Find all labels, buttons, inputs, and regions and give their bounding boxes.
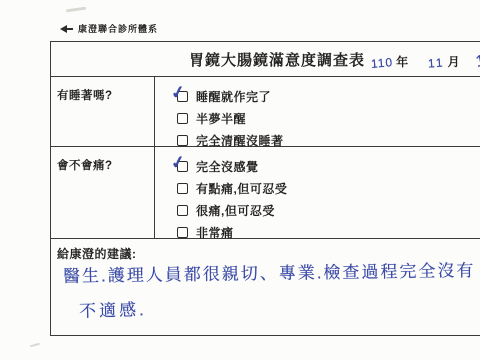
handwritten-comment-line2: 不適感. (79, 295, 147, 322)
option-label: 睡醒就作完了 (196, 88, 271, 105)
checkbox: ✓ (177, 113, 188, 124)
clinic-name: 康澄聯合診所體系 (78, 22, 158, 35)
option-line: ✓ 睡醒就作完了 (177, 85, 480, 107)
question-cell: 會不會痛? (51, 147, 155, 238)
question-label-sleep: 有睡著嗎? (57, 90, 113, 102)
checkbox: ✓ (177, 227, 188, 238)
handwritten-month: 11 (428, 55, 445, 70)
option-label: 有點痛,但可忍受 (196, 180, 287, 197)
form-title-row: 胃鏡大腸鏡滿意度調查表 110 年 11 月 15 (51, 42, 480, 77)
option-label: 非常痛 (196, 224, 234, 241)
scan-smudge-bottom-left (30, 343, 40, 348)
pen-checkmark-icon: ✓ (169, 81, 187, 103)
option-label: 很痛,但可忍受 (196, 202, 275, 219)
options-cell: ✓ 完全沒感覺 ✓ 有點痛,但可忍受 ✓ 很痛,但可忍受 (155, 147, 480, 238)
option-line: ✓ 完全清醒沒睡著 (177, 129, 480, 151)
handwritten-date: 110 年 11 月 15 (365, 52, 480, 70)
option-label: 完全清醒沒睡著 (196, 132, 284, 149)
handwritten-year: 110 (370, 55, 393, 71)
question-cell: 有睡著嗎? (51, 77, 155, 146)
year-label: 年 (396, 53, 408, 70)
arrow-logo-icon (60, 25, 73, 33)
handwritten-comment-line1: 醫生.護理人員都很親切、專業.檢查過程完全沒有 (63, 256, 476, 287)
month-label: 月 (448, 53, 460, 70)
checkbox: ✓ (177, 205, 188, 216)
checkbox: ✓ (177, 161, 188, 172)
question-label-pain: 會不會痛? (57, 160, 113, 172)
form-title: 胃鏡大腸鏡滿意度調查表 (189, 49, 365, 70)
scan-smudge-top-left (66, 7, 86, 13)
checkbox: ✓ (177, 91, 188, 102)
question-row-sleep: 有睡著嗎? ✓ 睡醒就作完了 ✓ 半夢半醒 ✓ (51, 77, 480, 147)
option-label: 半夢半醒 (196, 110, 246, 127)
handwritten-day: 15 (474, 50, 480, 72)
suggestion-row: 給康澄的建議: 醫生.護理人員都很親切、專業.檢查過程完全沒有 不適感. (51, 239, 480, 335)
option-line: ✓ 半夢半醒 (177, 107, 480, 129)
checkbox: ✓ (177, 183, 188, 194)
option-line: ✓ 很痛,但可忍受 (177, 199, 480, 221)
question-row-pain: 會不會痛? ✓ 完全沒感覺 ✓ 有點痛,但可忍受 ✓ (51, 147, 480, 239)
option-line: ✓ 完全沒感覺 (177, 155, 480, 177)
checkbox: ✓ (177, 135, 188, 146)
options-cell: ✓ 睡醒就作完了 ✓ 半夢半醒 ✓ 完全清醒沒睡著 (155, 77, 480, 146)
clinic-brand: 康澄聯合診所體系 (60, 22, 158, 35)
pen-checkmark-icon: ✓ (169, 151, 187, 173)
scanned-survey-page: 康澄聯合診所體系 胃鏡大腸鏡滿意度調查表 110 年 11 月 15 有睡著嗎?… (0, 0, 480, 360)
option-label: 完全沒感覺 (196, 158, 259, 175)
survey-form-table: 胃鏡大腸鏡滿意度調查表 110 年 11 月 15 有睡著嗎? ✓ 睡醒就作完了 (50, 41, 480, 336)
option-line: ✓ 有點痛,但可忍受 (177, 177, 480, 199)
